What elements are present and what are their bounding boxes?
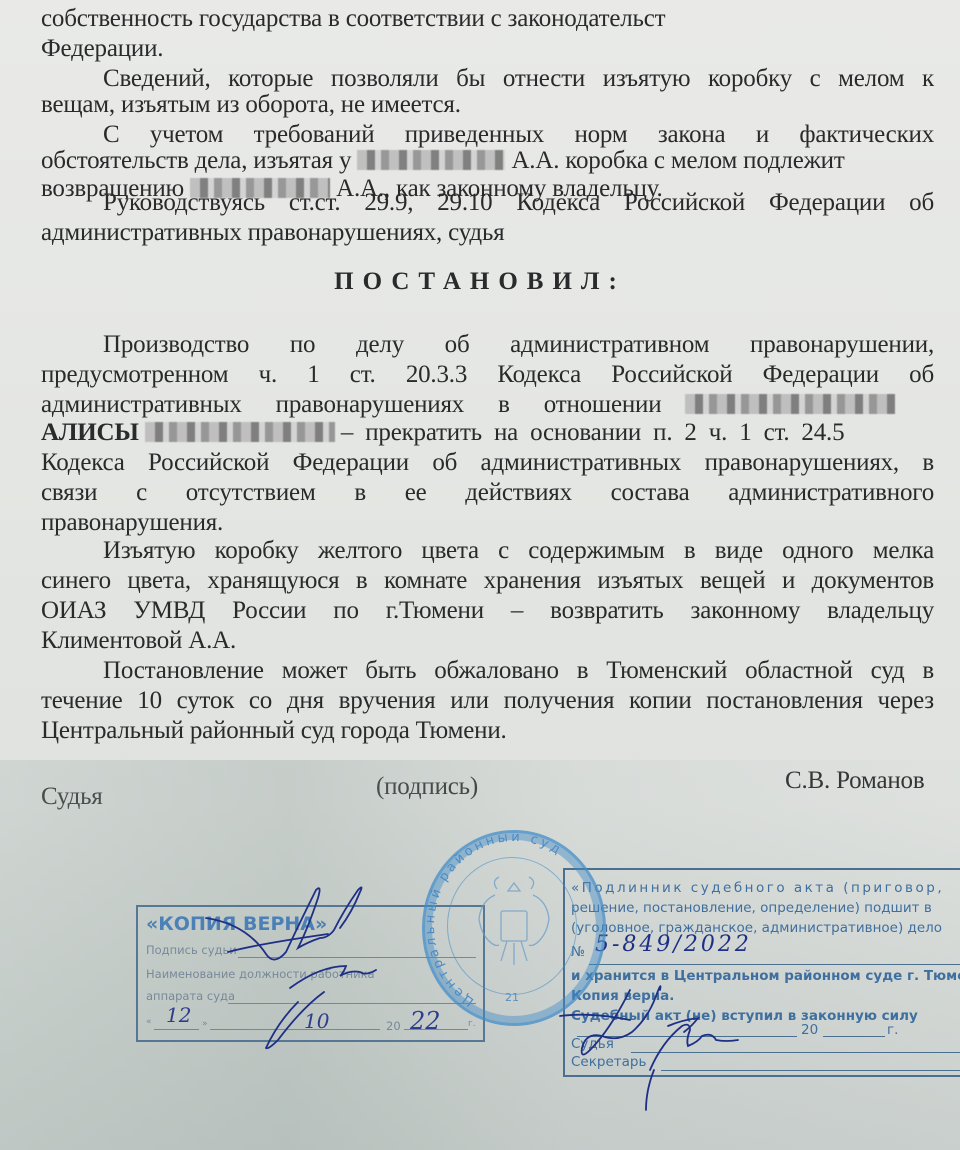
stamp-rule: [210, 1029, 380, 1030]
secretary-label: Секретарь: [571, 1054, 646, 1070]
text-fragment: – прекратить на основании п. 2 ч. 1 ст. …: [341, 419, 845, 446]
date-open-quote: «: [146, 1017, 152, 1027]
original-filed-stamp: «Подлинник судебного акта (приговор, реш…: [563, 868, 960, 1077]
text-line: связи с отсутствием в ее действиях соста…: [41, 478, 934, 508]
stamp-text: и хранится в Центральном районном суде г…: [571, 968, 960, 984]
text-line: Изъятую коробку желтого цвета с содержим…: [41, 536, 934, 566]
text-line: собственность государства в соответствии…: [41, 4, 934, 34]
year-suffix: г.: [887, 1022, 898, 1038]
text-fragment: А.А. коробка с мелом подлежит: [511, 147, 844, 174]
text-line: синего цвета, хранящуюся в комнате хране…: [41, 566, 934, 596]
redacted-name: [357, 150, 505, 170]
stamp-rule: [631, 1052, 960, 1053]
signature-role: Судья: [41, 782, 103, 812]
court-seal: Центральный районный суд 21: [422, 830, 606, 1026]
text-fragment: АЛИСЫ: [41, 419, 139, 446]
signer-name: С.В. Романов: [785, 766, 924, 796]
text-line: правонарушения.: [41, 508, 934, 538]
stamp-text: решение, постановление, определение) под…: [571, 900, 932, 916]
redacted-name: [145, 422, 335, 442]
text-line: предусмотренном ч. 1 ст. 20.3.3 Кодекса …: [41, 360, 934, 390]
stamp-rule: [154, 1029, 199, 1030]
stamp-text: Судебный акт (не) вступил в законную сил…: [571, 1008, 918, 1024]
text-line: Федерации.: [41, 34, 934, 64]
stamp-header: «КОПИЯ ВЕРНА»: [146, 913, 327, 935]
stamp-label: Наименование должности работника: [146, 967, 375, 981]
seal-inner-ring: [447, 857, 577, 995]
text-line: АЛИСЫ – прекратить на основании п. 2 ч. …: [41, 418, 934, 448]
year-prefix: 20: [386, 1019, 401, 1033]
stamp-label: Подпись судьи: [146, 943, 237, 957]
stamp-rule: [823, 1036, 885, 1037]
year-prefix: 20: [801, 1022, 818, 1038]
text-line: Климентовой А.А.: [41, 626, 934, 656]
stamp-rule: [589, 964, 960, 965]
stamp-rule: [661, 1070, 960, 1071]
text-fragment: административных правонарушениях в отнош…: [41, 391, 661, 418]
text-line: вещам, изъятым из оборота, не имеется.: [41, 90, 934, 120]
text-line: Руководствуясь ст.ст. 29.9, 29.10 Кодекс…: [41, 188, 934, 218]
judge-label: Судья: [571, 1036, 614, 1052]
seal-number: 21: [505, 991, 519, 1004]
handwritten-day: 12: [166, 1003, 191, 1027]
date-close-quote: »: [202, 1019, 208, 1029]
text-fragment: обстоятельств дела, изъятая у: [41, 147, 351, 174]
text-line: Кодекса Российской Федерации об админист…: [41, 448, 934, 478]
section-title: ПОСТАНОВИЛ:: [0, 268, 960, 296]
stamp-text: «Подлинник судебного акта (приговор,: [571, 880, 944, 896]
text-line: обстоятельств дела, изъятая у А.А. короб…: [41, 146, 934, 176]
handwritten-case-number: 5-849/2022: [595, 932, 752, 957]
text-line: Центральный районный суд города Тюмени.: [41, 716, 934, 746]
text-line: ОИАЗ УМВД России по г.Тюмени – возвратит…: [41, 596, 934, 626]
redacted-name: [685, 394, 895, 414]
signature-placeholder: (подпись): [376, 772, 478, 802]
text-line: Производство по делу об административном…: [41, 330, 934, 360]
stamp-label: аппарата суда: [146, 989, 235, 1003]
text-line: Постановление может быть обжаловано в Тю…: [41, 656, 934, 686]
text-line: административных правонарушениях, судья: [41, 218, 934, 248]
text-line: течение 10 суток со дня вручения или пол…: [41, 686, 934, 716]
handwritten-month: 10: [304, 1009, 329, 1033]
text-line: административных правонарушениях в отнош…: [41, 390, 934, 420]
document-page: собственность государства в соответствии…: [0, 0, 960, 1150]
